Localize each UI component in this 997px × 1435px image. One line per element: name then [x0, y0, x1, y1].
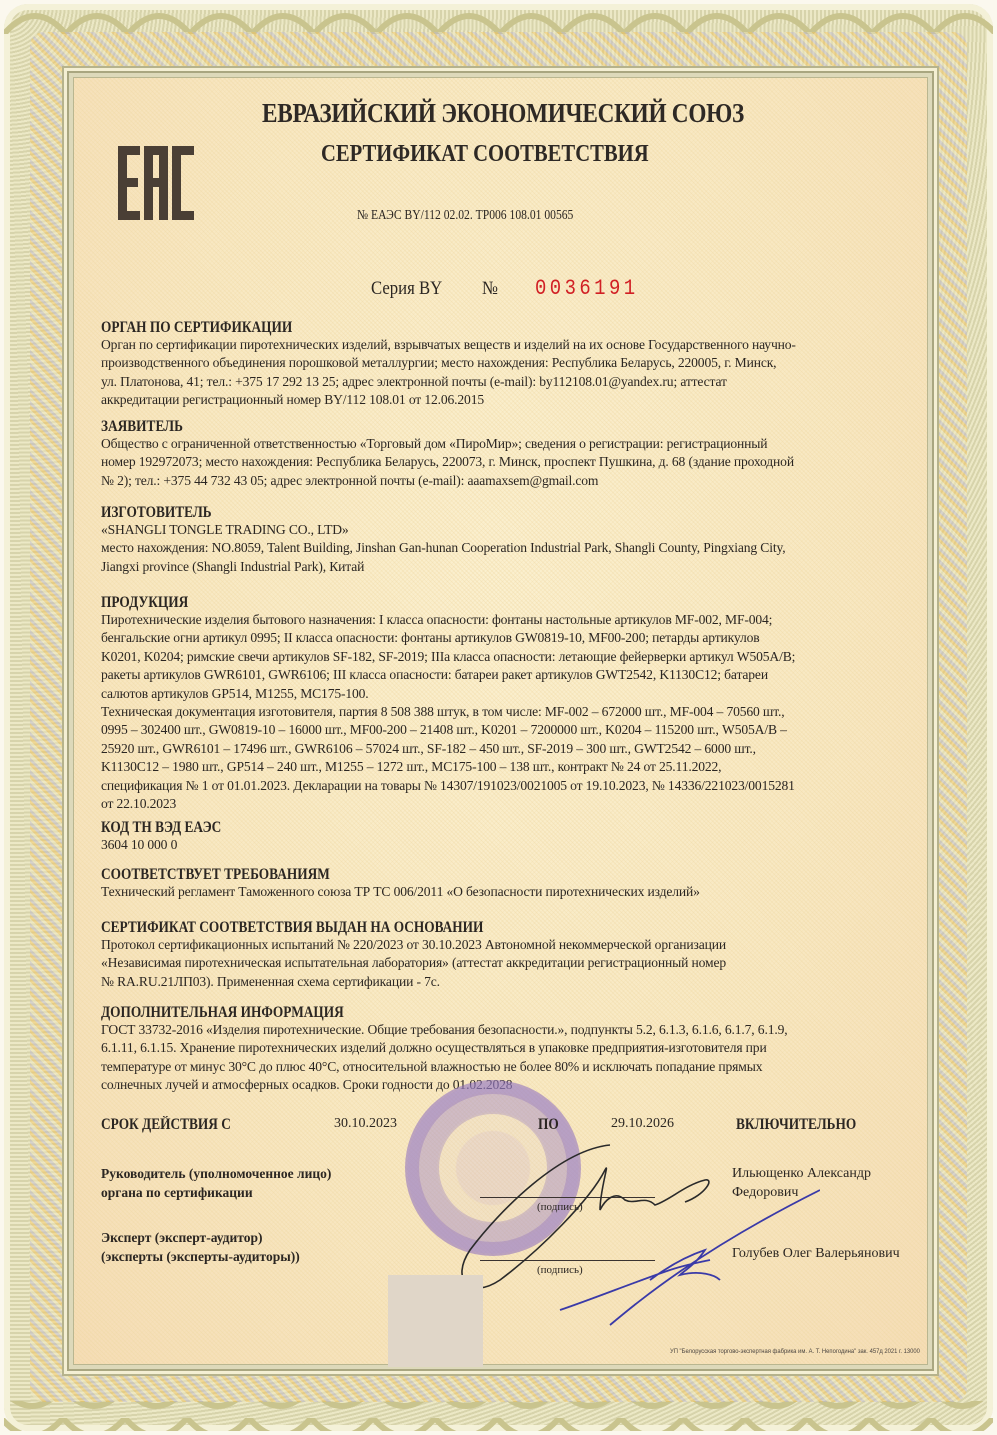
eac-letter-c-icon	[172, 146, 194, 220]
section-body: Протокол сертификационных испытаний № 22…	[101, 936, 926, 991]
series-number: 0036191	[535, 276, 639, 301]
section-body: Орган по сертификации пиротехнических из…	[101, 336, 926, 410]
certificate-number: № ЕАЭС BY/112 02.02. ТР006 108.01 00565	[357, 207, 573, 223]
section-heading: ИЗГОТОВИТЕЛЬ	[101, 504, 811, 521]
section-basis: СЕРТИФИКАТ СООТВЕТСТВИЯ ВЫДАН НА ОСНОВАН…	[101, 919, 926, 991]
section-additional-info: ДОПОЛНИТЕЛЬНАЯ ИНФОРМАЦИЯ ГОСТ 33732-201…	[101, 1004, 926, 1095]
redacted-area	[388, 1275, 483, 1367]
eac-logo	[118, 146, 194, 220]
section-applicant: ЗАЯВИТЕЛЬ Общество с ограниченной ответс…	[101, 418, 926, 490]
eac-letter-e-icon	[118, 146, 140, 220]
section-products: ПРОДУКЦИЯ Пиротехнические изделия бытово…	[101, 594, 926, 813]
section-body: Общество с ограниченной ответственностью…	[101, 435, 926, 490]
section-heading: ДОПОЛНИТЕЛЬНАЯ ИНФОРМАЦИЯ	[101, 1004, 811, 1021]
section-heading: ЗАЯВИТЕЛЬ	[101, 418, 811, 435]
section-body: 3604 10 000 0	[101, 836, 926, 854]
section-manufacturer: ИЗГОТОВИТЕЛЬ «SHANGLI TONGLE TRADING CO.…	[101, 504, 926, 576]
handwritten-signatures	[440, 1130, 820, 1330]
section-body: «SHANGLI TONGLE TRADING CO., LTD» место …	[101, 521, 926, 576]
section-hs-code: КОД ТН ВЭД ЕАЭС 3604 10 000 0	[101, 819, 926, 854]
section-heading: СООТВЕТСТВУЕТ ТРЕБОВАНИЯМ	[101, 866, 811, 883]
eac-letter-a-icon	[144, 146, 168, 220]
section-heading: КОД ТН ВЭД ЕАЭС	[101, 819, 811, 836]
section-body: Технический регламент Таможенного союза …	[101, 883, 926, 901]
section-requirements: СООТВЕТСТВУЕТ ТРЕБОВАНИЯМ Технический ре…	[101, 866, 926, 901]
validity-from-label: СРОК ДЕЙСТВИЯ С	[101, 1116, 231, 1133]
number-sign: №	[482, 278, 498, 300]
expert-role: Эксперт (эксперт-аудитор) (эксперты (экс…	[101, 1228, 300, 1266]
section-heading: СЕРТИФИКАТ СООТВЕТСТВИЯ ВЫДАН НА ОСНОВАН…	[101, 919, 811, 936]
printer-imprint: УП "Белорусская торгово-экспертная фабри…	[670, 1348, 920, 1355]
certificate-title: СЕРТИФИКАТ СООТВЕТСТВИЯ	[321, 141, 649, 168]
section-heading: ПРОДУКЦИЯ	[101, 594, 811, 611]
section-body: Пиротехнические изделия бытового назначе…	[101, 611, 926, 813]
section-certification-body: ОРГАН ПО СЕРТИФИКАЦИИ Орган по сертифика…	[101, 319, 926, 410]
head-role: Руководитель (уполномоченное лицо) орган…	[101, 1164, 331, 1202]
series-label: Серия BY	[371, 278, 442, 300]
validity-from-date: 30.10.2023	[334, 1116, 397, 1132]
section-heading: ОРГАН ПО СЕРТИФИКАЦИИ	[101, 319, 811, 336]
union-title: ЕВРАЗИЙСКИЙ ЭКОНОМИЧЕСКИЙ СОЮЗ	[262, 98, 744, 129]
